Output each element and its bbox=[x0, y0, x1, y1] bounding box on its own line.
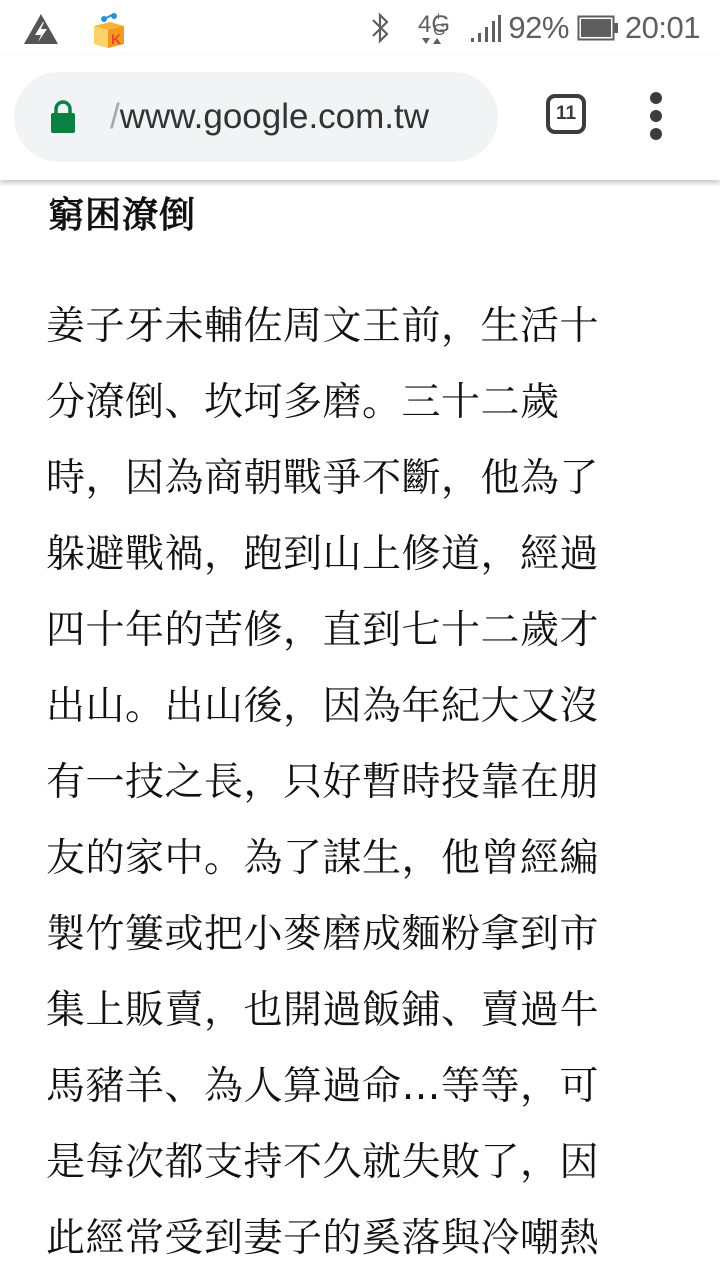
signal-icon bbox=[470, 12, 502, 44]
svg-text:K: K bbox=[111, 31, 121, 47]
paragraph-line: 躲避戰禍，跑到山上修道，經過 bbox=[46, 526, 686, 602]
battery-percent: 92% bbox=[508, 10, 569, 46]
paragraph-line: 製竹簍或把小麥磨成麵粉拿到市 bbox=[46, 906, 686, 982]
page-content: 窮困潦倒 姜子牙未輔佐周文王前，生活十 分潦倒、坎坷多磨。三十二歲 時，因為商朝… bbox=[0, 180, 720, 1280]
4g-data-icon: 4G G + bbox=[418, 8, 450, 48]
address-bar[interactable]: /www.google.com.tw bbox=[14, 72, 498, 162]
tab-count: 11 bbox=[556, 103, 576, 125]
menu-dot-icon bbox=[650, 128, 662, 140]
system-indicators: 4G G + 92% 20:01 bbox=[370, 8, 700, 48]
article-paragraph: 姜子牙未輔佐周文王前，生活十 分潦倒、坎坷多磨。三十二歲 時，因為商朝戰爭不斷，… bbox=[46, 298, 686, 1280]
kkbox-icon: K bbox=[90, 10, 128, 48]
clock: 20:01 bbox=[625, 10, 700, 46]
airdroid-icon bbox=[22, 12, 60, 46]
svg-text:G: G bbox=[433, 22, 445, 39]
paragraph-line: 有一技之長，只好暫時投靠在朋 bbox=[46, 754, 686, 830]
paragraph-line: 集上販賣，也開過飯鋪、賣過牛 bbox=[46, 982, 686, 1058]
section-heading: 窮困潦倒 bbox=[48, 194, 196, 238]
battery-icon bbox=[577, 15, 619, 41]
paragraph-line: 是每次都支持不久就失敗了，因 bbox=[46, 1134, 686, 1210]
url-prefix: / bbox=[110, 97, 120, 136]
paragraph-line: 友的家中。為了謀生，他曾經編 bbox=[46, 830, 686, 906]
lock-icon[interactable] bbox=[50, 100, 76, 138]
notification-icons: K bbox=[22, 10, 128, 48]
menu-dot-icon bbox=[650, 92, 662, 104]
svg-text:+: + bbox=[435, 9, 442, 23]
paragraph-line: 此經常受到妻子的奚落與冷嘲熱 bbox=[46, 1210, 686, 1280]
paragraph-line: 四十年的苦修，直到七十二歲才 bbox=[46, 602, 686, 678]
status-bar: K 4G G + bbox=[0, 0, 720, 56]
tab-switcher-button[interactable]: 11 bbox=[546, 94, 586, 134]
url-domain: www.google.com.tw bbox=[120, 97, 429, 136]
more-menu-button[interactable] bbox=[644, 92, 668, 140]
paragraph-line: 分潦倒、坎坷多磨。三十二歲 bbox=[46, 374, 686, 450]
paragraph-line: 出山。出山後，因為年紀大又沒 bbox=[46, 678, 686, 754]
bluetooth-icon bbox=[370, 11, 392, 45]
url-text[interactable]: /www.google.com.tw bbox=[110, 94, 494, 140]
paragraph-line: 姜子牙未輔佐周文王前，生活十 bbox=[46, 298, 686, 374]
paragraph-line: 馬豬羊、為人算過命…等等，可 bbox=[46, 1058, 686, 1134]
menu-dot-icon bbox=[650, 110, 662, 122]
paragraph-line: 時，因為商朝戰爭不斷，他為了 bbox=[46, 450, 686, 526]
browser-toolbar: /www.google.com.tw 11 bbox=[0, 56, 720, 180]
